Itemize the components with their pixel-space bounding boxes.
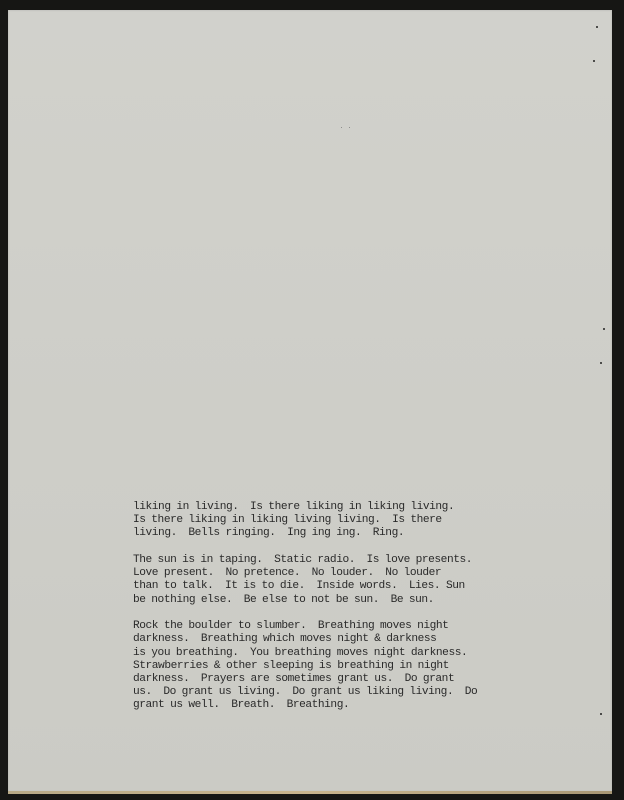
text-line: is you breathing. You breathing moves ni… (133, 647, 493, 660)
text-line: grant us well. Breath. Breathing. (133, 699, 493, 712)
text-line: be nothing else. Be else to not be sun. … (133, 594, 493, 607)
text-line: than to talk. It is to die. Inside words… (133, 580, 493, 593)
text-line: The sun is in taping. Static radio. Is l… (133, 554, 493, 567)
paragraph-1: liking in living. Is there liking in lik… (133, 501, 493, 541)
text-line: us. Do grant us living. Do grant us liki… (133, 686, 493, 699)
speck-mark (593, 60, 595, 62)
paragraph-2: The sun is in taping. Static radio. Is l… (133, 554, 493, 607)
speck-mark (341, 127, 342, 128)
text-line: Is there liking in liking living living.… (133, 514, 493, 527)
text-line: darkness. Breathing which moves night & … (133, 633, 493, 646)
text-line: liking in living. Is there liking in lik… (133, 501, 493, 514)
text-line: Love present. No pretence. No louder. No… (133, 567, 493, 580)
speck-mark (600, 362, 602, 364)
speck-mark (603, 328, 605, 330)
speck-mark (349, 127, 350, 128)
paragraph-3: Rock the boulder to slumber. Breathing m… (133, 620, 493, 712)
paper-edge (8, 791, 612, 794)
text-line: Strawberries & other sleeping is breathi… (133, 660, 493, 673)
poem-text: liking in living. Is there liking in lik… (133, 501, 493, 726)
text-line: darkness. Prayers are sometimes grant us… (133, 673, 493, 686)
text-line: living. Bells ringing. Ing ing ing. Ring… (133, 527, 493, 540)
text-line: Rock the boulder to slumber. Breathing m… (133, 620, 493, 633)
speck-mark (600, 713, 602, 715)
speck-mark (596, 26, 598, 28)
